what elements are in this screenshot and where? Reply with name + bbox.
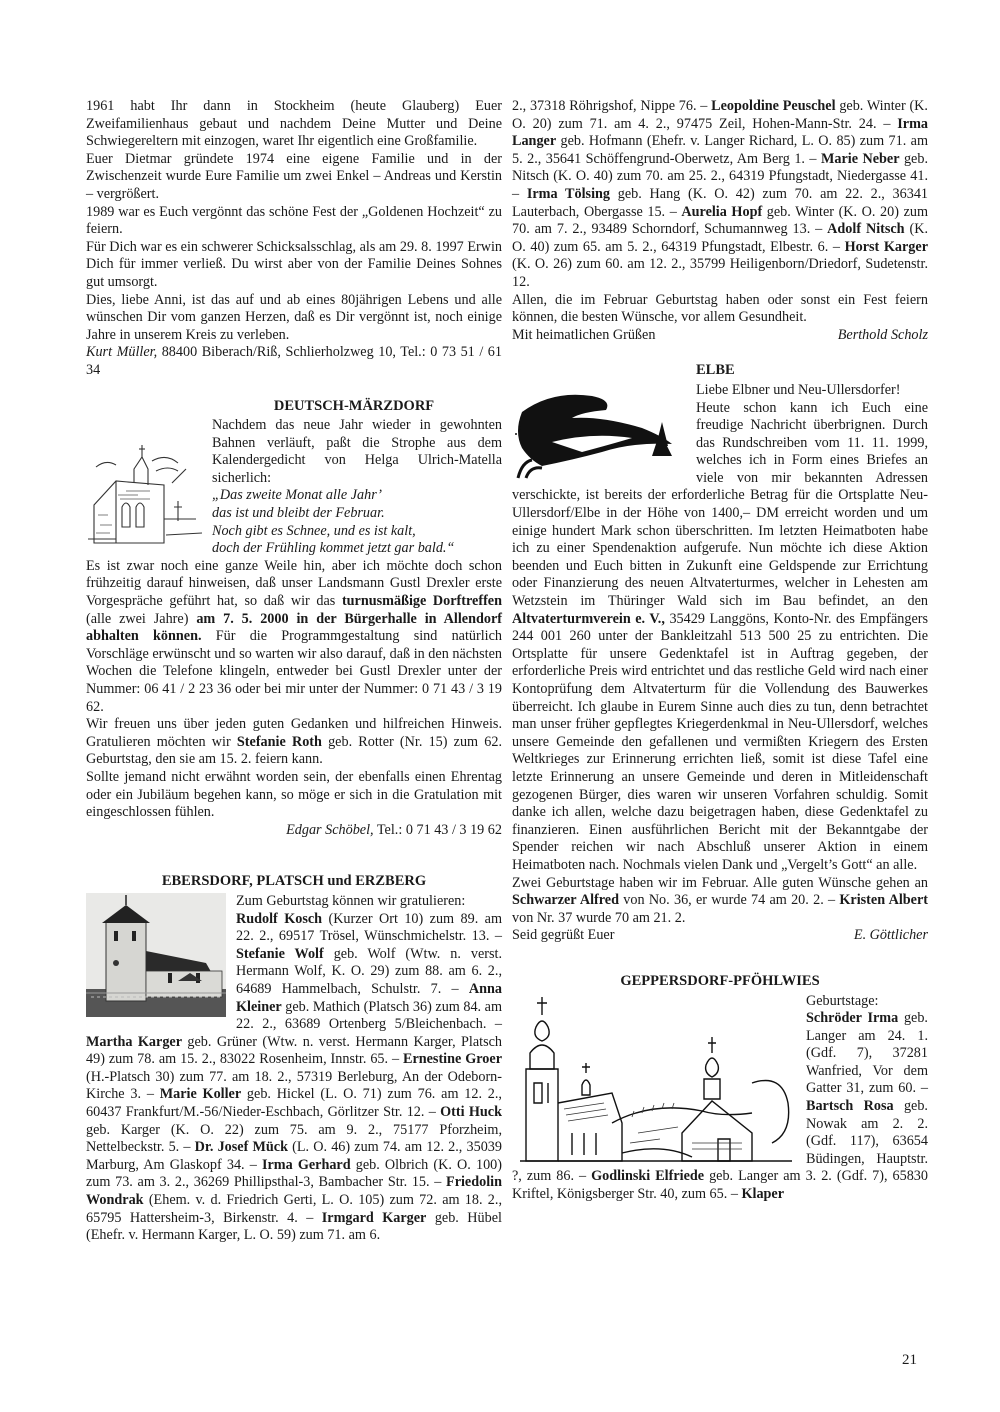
section-heading-elbe: ELBE [512, 362, 928, 380]
entry-text: 2., 37318 Röhrigshof, Nippe 76. – [512, 98, 711, 114]
deutsch-maerzdorf-signature: Edgar Schöbel, Tel.: 0 71 43 / 3 19 62 [86, 822, 502, 840]
person-name: Otti Huck [440, 1104, 502, 1120]
signature-name: Edgar Schöbel, [286, 822, 373, 838]
entry-text: (K. O. 26) zum 60. am 12. 2., 35799 Heil… [512, 256, 928, 290]
person-name: Adolf Nitsch [827, 221, 904, 237]
section-heading-deutsch-maerzdorf: DEUTSCH-MÄRZDORF [86, 398, 502, 416]
left-column: 1961 habt Ihr dann in Stockheim (heute G… [86, 98, 502, 1245]
landscape-illustration [512, 382, 688, 482]
person-name: Ernestine Groer [403, 1051, 502, 1067]
text: (alle zwei Jahre) [86, 611, 196, 627]
person-name: Bartsch Rosa [806, 1098, 894, 1114]
text: Zwei Geburtstage haben wir im Februar. A… [512, 875, 928, 891]
greeting: Seid gegrüßt Euer [512, 927, 614, 945]
person-name: Marie Koller [160, 1086, 241, 1102]
intro-paragraph: Dies, liebe Anni, ist das auf und ab ein… [86, 292, 502, 345]
landscape-ink-icon [512, 382, 688, 482]
person-name: Irma Tölsing [527, 186, 610, 202]
signature-name: Kurt Müller, [86, 344, 157, 360]
person-name: Schwarzer Alfred [512, 892, 619, 908]
person-name: Stefanie Roth [237, 734, 322, 750]
person-name: Dr. Josef Mück [195, 1139, 288, 1155]
person-name: Stefanie Wolf [236, 946, 324, 962]
person-name: Leopoldine Peuschel [711, 98, 835, 114]
person-name: Horst Karger [845, 239, 928, 255]
gratulation-paragraph: Wir freuen uns über jeden guten Gedanken… [86, 716, 502, 769]
text: von Nr. 37 wurde 70 am 21. 2. [512, 910, 685, 926]
intro-paragraph: Für Dich war es ein schwerer Schicksalss… [86, 239, 502, 292]
person-name: Irma Gerhard [262, 1157, 351, 1173]
continued-birthday-list: 2., 37318 Röhrigshof, Nippe 76. – Leopol… [512, 98, 928, 292]
church-photo [86, 893, 226, 1017]
person-name: Marie Neber [821, 151, 900, 167]
intro-paragraph: Euer Dietmar gründete 1974 eine eigene F… [86, 151, 502, 204]
elbe-signature-line: Seid gegrüßt Euer E. Göttlicher [512, 927, 928, 945]
closing-paragraph: Sollte jemand nicht erwähnt worden sein,… [86, 769, 502, 822]
church-sketch-icon [86, 435, 204, 555]
church-sketch-illustration [86, 435, 204, 555]
person-name: Aurelia Hopf [681, 204, 762, 220]
bold-text: Altvaterturmverein e. V., [512, 611, 665, 627]
page-number: 21 [902, 1352, 917, 1369]
village-churches-icon [512, 993, 796, 1165]
person-name: Irmgard Karger [322, 1210, 427, 1226]
text: 35429 Langgöns, Konto-Nr. des Empfängers… [512, 611, 928, 873]
church-photo-icon [86, 893, 226, 1017]
person-name: Martha Karger [86, 1034, 182, 1050]
bold-text: turnusmäßige Dorftreffen [342, 593, 502, 609]
person-name: Schröder Irma [806, 1010, 898, 1026]
signature-name: Berthold Scholz [838, 327, 928, 345]
dorftreffen-paragraph: Es ist zwar noch eine ganze Weile hin, a… [86, 558, 502, 716]
person-name: Godlinski Elfriede [591, 1168, 704, 1184]
elbe-birthdays: Zwei Geburtstage haben wir im Februar. A… [512, 875, 928, 928]
village-churches-illustration [512, 993, 796, 1165]
intro-paragraph: 1989 war es Euch vergönnt das schöne Fes… [86, 204, 502, 239]
section-heading-geppersdorf: GEPPERSDORF-PFÖHLWIES [512, 973, 928, 991]
signature-name: E. Göttlicher [854, 927, 928, 945]
section-heading-ebersdorf: EBERSDORF, PLATSCH und ERZBERG [86, 873, 502, 891]
closing-wishes: Allen, die im Februar Geburtstag haben o… [512, 292, 928, 327]
closing-greeting: Mit heimatlichen Grüßen [512, 327, 655, 345]
intro-paragraph: 1961 habt Ihr dann in Stockheim (heute G… [86, 98, 502, 151]
text: von No. 36, er wurde 74 am 20. 2. – [619, 892, 839, 908]
closing-signature-line: Mit heimatlichen Grüßen Berthold Scholz [512, 327, 928, 345]
right-column: 2., 37318 Röhrigshof, Nippe 76. – Leopol… [512, 98, 928, 1204]
signature-tel: Tel.: 0 71 43 / 3 19 62 [374, 822, 502, 838]
person-name: Kristen Albert [839, 892, 928, 908]
person-name: Klaper [741, 1186, 784, 1202]
person-name: Rudolf Kosch [236, 911, 322, 927]
intro-signature: Kurt Müller, 88400 Biberach/Riß, Schlier… [86, 344, 502, 379]
